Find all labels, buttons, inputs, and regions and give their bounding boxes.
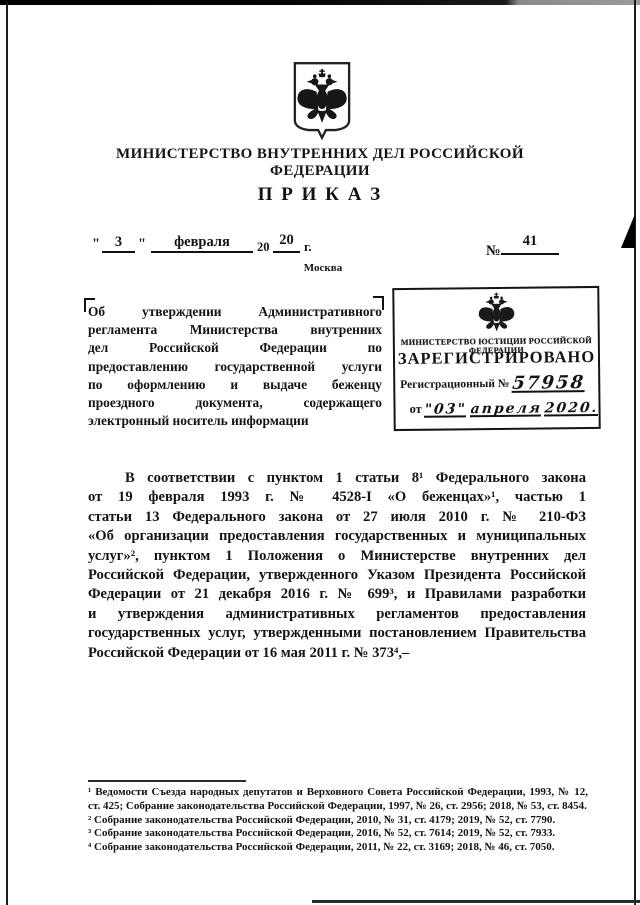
footnote-separator xyxy=(88,780,246,782)
stamp-date-day-handwritten: "03" xyxy=(424,403,467,417)
city-label: Москва xyxy=(288,262,358,274)
date-open-quote: " xyxy=(92,236,100,253)
date-day-value: 3 xyxy=(102,234,135,253)
stamp-date-row: от "03" апреля 2020. xyxy=(409,400,594,417)
footnote-line: ¹ Ведомости Съезда народных депутатов и … xyxy=(88,786,588,800)
footnote-line: ³ Собрание законодательства Российской Ф… xyxy=(88,827,588,841)
subject-line: предоставлению государственной услуги xyxy=(88,358,382,376)
subject-line: регламента Министерства внутренних xyxy=(88,321,382,339)
subject-line: Об утверждении Административного xyxy=(88,303,382,321)
body-line: «Об организации предоставления государст… xyxy=(88,527,586,546)
subject-line: по оформлению и выдаче беженцу xyxy=(88,376,382,394)
body-line: и утверждения административных регламент… xyxy=(88,605,586,624)
coat-of-arms-russia-icon xyxy=(291,60,353,142)
date-year-digits: 20 xyxy=(279,232,294,248)
date-line: " 3 " февраля 20 20 г. xyxy=(88,234,408,260)
footnote-line: ⁴ Собрание законодательства Российской Ф… xyxy=(88,841,588,855)
scan-artifact-right-blob xyxy=(621,214,635,248)
date-year-value: 20 xyxy=(273,234,300,253)
number-sign: № xyxy=(486,243,501,260)
body-line: статьи 13 Федерального закона от 27 июля… xyxy=(88,508,586,527)
scan-artifact-left-edge xyxy=(6,2,8,905)
scan-artifact-right-edge xyxy=(634,0,636,905)
stamp-registration-row: Регистрационный № 57958 xyxy=(400,374,595,392)
body-line: Федерации от 21 декабря 2016 г. № 699³, … xyxy=(88,585,586,604)
stamp-registered-label: ЗАРЕГИСТРИРОВАНО xyxy=(395,347,598,369)
stamp-date-year-handwritten: 2020. xyxy=(544,402,599,417)
subject-line: дел Российской Федерации по xyxy=(88,339,382,357)
scanned-order-document: МИНИСТЕРСТВО ВНУТРЕННИХ ДЕЛ РОССИЙСКОЙ Ф… xyxy=(0,0,640,905)
order-number-digits: 41 xyxy=(523,233,538,249)
order-number: № 41 xyxy=(486,236,566,262)
subject-line: электронный носитель информации xyxy=(88,412,382,430)
stamp-date-month-handwritten: апреля xyxy=(469,403,542,418)
body-line: услуг»², пунктом 1 Положения о Министерс… xyxy=(88,547,586,566)
body-paragraph: В соответствии с пунктом 1 статьи 8¹ Фед… xyxy=(88,469,586,663)
date-month-value: февраля xyxy=(151,234,253,253)
date-era-label: г. xyxy=(304,239,312,255)
stamp-reg-label: Регистрационный № xyxy=(400,378,509,391)
date-year-prefix: 20 xyxy=(257,240,270,255)
body-line: Российской Федерации от 16 мая 2011 г. №… xyxy=(88,644,586,663)
scan-artifact-top-band xyxy=(0,0,640,5)
subject-line: проездного документа, содержащего xyxy=(88,394,382,412)
body-line: Российской Федерации, утвержденного Указ… xyxy=(88,566,586,585)
footnotes-block: ¹ Ведомости Съезда народных депутатов и … xyxy=(88,786,588,855)
body-line: от 19 февраля 1993 г. № 4528-I «О беженц… xyxy=(88,488,586,507)
scan-artifact-bottom-line xyxy=(312,900,640,903)
footnote-line: ст. 425; Собрание законодательства Росси… xyxy=(88,800,588,814)
subject-block: Об утверждении Административного регламе… xyxy=(88,303,382,430)
stamp-date-from-label: от xyxy=(409,402,421,416)
body-line: В соответствии с пунктом 1 статьи 8¹ Фед… xyxy=(88,469,586,488)
stamp-reg-number-handwritten: 57958 xyxy=(512,376,586,393)
registration-stamp: МИНИСТЕРСТВО ЮСТИЦИИ РОССИЙСКОЙ ФЕДЕРАЦИ… xyxy=(392,286,600,431)
ministry-title: МИНИСТЕРСТВО ВНУТРЕННИХ ДЕЛ РОССИЙСКОЙ Ф… xyxy=(70,146,570,180)
order-number-value: 41 xyxy=(501,236,559,255)
order-title: П Р И К А З xyxy=(70,184,570,206)
body-line: государственных услуг, утвержденными пос… xyxy=(88,624,586,643)
footnote-line: ² Собрание законодательства Российской Ф… xyxy=(88,814,588,828)
date-close-quote: " xyxy=(138,236,146,253)
stamp-eagle-icon xyxy=(473,292,519,334)
